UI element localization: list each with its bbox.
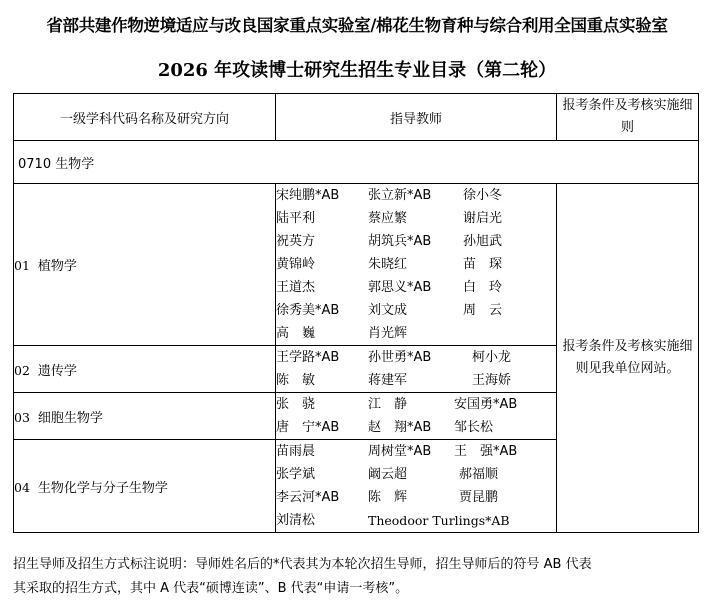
supervisor-line: 张 骁江 静安国勇*AB bbox=[276, 393, 556, 416]
supervisor-name: 李云河*AB bbox=[276, 486, 339, 509]
supervisor-name: 贾昆鹏 bbox=[459, 486, 498, 509]
supervisor-name: 刘文成 bbox=[368, 299, 407, 322]
supervisor-name: 王道杰 bbox=[276, 276, 315, 299]
header-requirements: 报考条件及考核实施细则 bbox=[557, 94, 699, 141]
direction-code: 02 bbox=[14, 363, 30, 378]
catalog-title: 2026 年攻读博士研究生招生专业目录（第二轮） bbox=[0, 56, 714, 82]
direction-code: 04 bbox=[14, 480, 30, 495]
annotation-footnote: 招生导师及招生方式标注说明：导师姓名后的*代表其为本轮次招生导师，招生导师后的符… bbox=[13, 553, 703, 601]
supervisor-line: 唐 宁*AB赵 翔*AB邹长松 bbox=[276, 416, 556, 439]
header-discipline: 一级学科代码名称及研究方向 bbox=[14, 94, 276, 141]
supervisor-name: 王 强*AB bbox=[454, 440, 517, 463]
supervisor-name: 周树堂*AB bbox=[368, 440, 431, 463]
supervisor-name: 陆平利 bbox=[276, 207, 315, 230]
supervisor-list: 王学路*AB孙世勇*AB柯小龙 陈 敏蒋建军王海娇 bbox=[276, 346, 557, 393]
supervisor-line: 宋纯鹏*AB张立新*AB徐小冬 bbox=[276, 184, 556, 207]
supervisor-name: 王海娇 bbox=[472, 369, 511, 392]
supervisor-name: 徐小冬 bbox=[463, 184, 502, 207]
supervisor-name: 黄锦岭 bbox=[276, 253, 315, 276]
supervisor-line: 王学路*AB孙世勇*AB柯小龙 bbox=[276, 346, 556, 369]
supervisor-name: 徐秀美*AB bbox=[276, 299, 339, 322]
supervisor-name: 陈 敏 bbox=[276, 369, 315, 392]
direction-name: 细胞生物学 bbox=[38, 411, 103, 426]
supervisor-name: 安国勇*AB bbox=[454, 393, 517, 416]
supervisor-name: 郭思义*AB bbox=[368, 276, 431, 299]
supervisor-name: 胡筑兵*AB bbox=[368, 230, 431, 253]
direction-code: 01 bbox=[14, 258, 30, 273]
supervisor-line: 徐秀美*AB刘文成周 云 bbox=[276, 299, 556, 322]
supervisor-name: 王学路*AB bbox=[276, 346, 339, 369]
supervisor-name: 郝福顺 bbox=[459, 463, 498, 486]
direction-cell: 01植物学 bbox=[14, 184, 276, 346]
supervisor-name: 孙世勇*AB bbox=[368, 346, 431, 369]
institution-title: 省部共建作物逆境适应与改良国家重点实验室/棉花生物育种与综合利用全国重点实验室 bbox=[0, 12, 714, 36]
supervisor-line: 陆平利蔡应繁谢启光 bbox=[276, 207, 556, 230]
direction-name: 植物学 bbox=[38, 259, 77, 274]
supervisor-list: 宋纯鹏*AB张立新*AB徐小冬 陆平利蔡应繁谢启光 祝英方胡筑兵*AB孙旭武 黄… bbox=[276, 184, 557, 346]
supervisor-name: 朱晓红 bbox=[368, 253, 407, 276]
direction-code: 03 bbox=[14, 410, 30, 425]
supervisor-line: 王道杰郭思义*AB白 玲 bbox=[276, 276, 556, 299]
supervisor-line: 李云河*AB陈 辉贾昆鹏 bbox=[276, 486, 556, 509]
supervisor-line: 张学斌阚云超郝福顺 bbox=[276, 463, 556, 486]
supervisor-name: 蔡应繁 bbox=[368, 207, 407, 230]
discipline-name: 0710 生物学 bbox=[14, 141, 699, 184]
supervisor-name: 江 静 bbox=[368, 393, 407, 416]
supervisor-name: 邹长松 bbox=[454, 416, 493, 439]
supervisor-line: 陈 敏蒋建军王海娇 bbox=[276, 369, 556, 392]
direction-cell: 04生物化学与分子生物学 bbox=[14, 440, 276, 533]
direction-cell: 03细胞生物学 bbox=[14, 393, 276, 440]
discipline-row: 0710 生物学 bbox=[14, 141, 699, 184]
supervisor-name: 苗 琛 bbox=[463, 253, 502, 276]
supervisor-name: 谢启光 bbox=[463, 207, 502, 230]
header-supervisors: 指导教师 bbox=[276, 94, 557, 141]
supervisor-name: 祝英方 bbox=[276, 230, 315, 253]
requirements-cell: 报考条件及考核实施细则见我单位网站。 bbox=[557, 184, 699, 533]
supervisor-name: 宋纯鹏*AB bbox=[276, 184, 339, 207]
supervisor-name: 白 玲 bbox=[463, 276, 502, 299]
supervisor-name: Theodoor Turlings*AB bbox=[368, 509, 510, 532]
supervisor-name: 蒋建军 bbox=[368, 369, 407, 392]
table-row: 01植物学 宋纯鹏*AB张立新*AB徐小冬 陆平利蔡应繁谢启光 祝英方胡筑兵*A… bbox=[14, 184, 699, 346]
supervisor-name: 刘清松 bbox=[276, 509, 315, 532]
supervisor-list: 苗雨晨周树堂*AB王 强*AB 张学斌阚云超郝福顺 李云河*AB陈 辉贾昆鹏 刘… bbox=[276, 440, 557, 533]
direction-name: 遗传学 bbox=[38, 364, 77, 379]
direction-name: 生物化学与分子生物学 bbox=[38, 481, 168, 496]
supervisor-name: 张学斌 bbox=[276, 463, 315, 486]
supervisor-name: 柯小龙 bbox=[472, 346, 511, 369]
supervisor-line: 祝英方胡筑兵*AB孙旭武 bbox=[276, 230, 556, 253]
supervisor-line: 黄锦岭朱晓红苗 琛 bbox=[276, 253, 556, 276]
footnote-line-1: 招生导师及招生方式标注说明：导师姓名后的*代表其为本轮次招生导师，招生导师后的符… bbox=[13, 553, 703, 577]
supervisor-name: 赵 翔*AB bbox=[368, 416, 431, 439]
supervisor-line: 苗雨晨周树堂*AB王 强*AB bbox=[276, 440, 556, 463]
supervisor-name: 苗雨晨 bbox=[276, 440, 315, 463]
supervisor-line: 高 巍肖光辉 bbox=[276, 322, 556, 345]
supervisor-line: 刘清松Theodoor Turlings*AB bbox=[276, 509, 556, 532]
footnote-line-2: 其采取的招生方式，其中 A 代表“硕博连读”、B 代表“申请一考核”。 bbox=[13, 577, 703, 601]
table-header-row: 一级学科代码名称及研究方向 指导教师 报考条件及考核实施细则 bbox=[14, 94, 699, 141]
supervisor-list: 张 骁江 静安国勇*AB 唐 宁*AB赵 翔*AB邹长松 bbox=[276, 393, 557, 440]
supervisor-name: 肖光辉 bbox=[368, 322, 407, 345]
supervisor-name: 张 骁 bbox=[276, 393, 315, 416]
enrollment-catalog-table: 一级学科代码名称及研究方向 指导教师 报考条件及考核实施细则 0710 生物学 … bbox=[13, 93, 699, 533]
supervisor-name: 周 云 bbox=[463, 299, 502, 322]
supervisor-name: 张立新*AB bbox=[368, 184, 431, 207]
supervisor-name: 高 巍 bbox=[276, 322, 315, 345]
supervisor-name: 陈 辉 bbox=[368, 486, 407, 509]
supervisor-name: 唐 宁*AB bbox=[276, 416, 339, 439]
supervisor-name: 孙旭武 bbox=[463, 230, 502, 253]
direction-cell: 02遗传学 bbox=[14, 346, 276, 393]
supervisor-name: 阚云超 bbox=[368, 463, 407, 486]
